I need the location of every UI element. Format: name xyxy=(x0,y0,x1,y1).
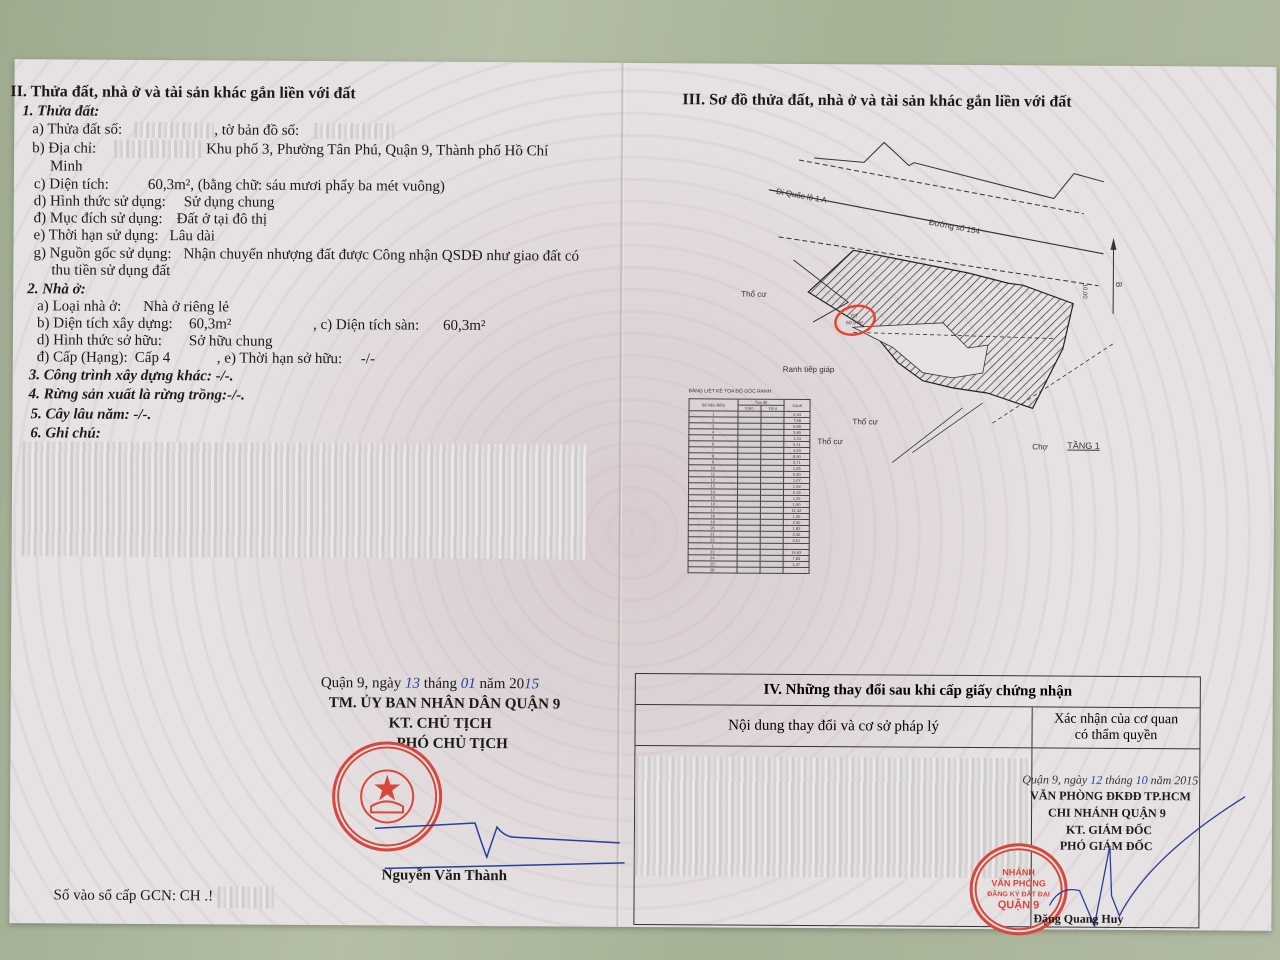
purpose-label: đ) Mục đích sử dụng: xyxy=(34,210,163,228)
confirm-signer: Đặng Quang Huy xyxy=(1033,911,1123,927)
issue-date: Quận 9, ngày 13 tháng 01 năm 2015 xyxy=(321,675,539,693)
origin-label: g) Nguồn gốc sử dụng: xyxy=(33,245,171,263)
coord-table: Số hiệu điểm Tọa độ Cạnh X(m) Y(m) 12,64… xyxy=(688,398,811,574)
address-value: Khu phố 3, Phường Tân Phú, Quận 9, Thành… xyxy=(206,141,548,160)
confirm-day: 12 xyxy=(1090,773,1102,787)
col2-line2: có thẩm quyền xyxy=(1075,728,1158,745)
purpose-value: Đất ở tại đô thị xyxy=(177,211,268,229)
house-type-label: a) Loại nhà ở: xyxy=(37,298,121,316)
svg-text:Chợ: Chợ xyxy=(1032,442,1048,451)
svg-text:B: B xyxy=(1114,282,1123,287)
house-heading: 2. Nhà ở: xyxy=(27,281,86,298)
stamp-line1: NHÁNH xyxy=(1002,867,1035,878)
perennial: 5. Cây lâu năm: -/-. xyxy=(30,406,151,424)
area-value: 60,3m², (bằng chữ: sáu mươi phẩy ba mét … xyxy=(148,177,445,196)
stamp-line2: VĂN PHÒNG xyxy=(991,878,1046,889)
floor-area-label: , c) Diện tích sàn: xyxy=(313,317,419,335)
svg-text:Đi Quốc lộ 1 A: Đi Quốc lộ 1 A xyxy=(775,187,828,205)
land-heading: 1. Thửa đất: xyxy=(22,103,99,120)
build-area-value: 60,3m² xyxy=(189,316,232,333)
area-label: c) Diện tích: xyxy=(34,176,109,193)
build-area-label: b) Diện tích xây dựng: xyxy=(37,315,173,333)
term-value: Lâu dài xyxy=(170,228,216,245)
use-form-value: Sử dụng chung xyxy=(184,194,275,212)
redacted-changes-content xyxy=(635,756,1031,878)
address-label: b) Địa chỉ: xyxy=(32,140,96,157)
point-id: 26 xyxy=(688,567,737,573)
month-label: tháng xyxy=(424,676,457,692)
redacted-x xyxy=(737,567,760,573)
notes-heading: 6. Ghi chú: xyxy=(30,425,101,442)
svg-text:Thổ cư: Thổ cư xyxy=(852,417,878,426)
changes-col2-header: Xác nhận của cơ quan có thẩm quyền xyxy=(1032,707,1199,748)
edge-length xyxy=(783,567,809,573)
own-term-label: , e) Thời hạn sở hữu: xyxy=(217,350,342,368)
date-month: 01 xyxy=(461,676,476,692)
address-value-cont: Minh xyxy=(50,158,83,175)
coord-row: 26 xyxy=(688,567,809,574)
col-edge: Cạnh xyxy=(784,399,810,411)
redacted-registry-number xyxy=(217,886,275,908)
svg-text:10,00: 10,00 xyxy=(1081,284,1087,300)
registry-number: Số vào sổ cấp GCN: CH .! xyxy=(53,887,213,905)
changes-col1-header: Nội dung thay đổi và cơ sở pháp lý xyxy=(635,705,1032,747)
section-ii-title: II. Thửa đất, nhà ở và tài sản khác gắn … xyxy=(10,83,355,103)
date-prefix: Quận 9, ngày xyxy=(321,675,402,691)
svg-text:Thổ cư: Thổ cư xyxy=(741,290,767,299)
floor-area-value: 60,3m² xyxy=(443,318,486,335)
grade-value: Cấp 4 xyxy=(135,350,171,367)
page-fold xyxy=(615,63,624,927)
other-construction: 3. Công trình xây dựng khác: -/-. xyxy=(29,367,234,385)
origin-value-cont: thu tiền sử dụng đất xyxy=(51,262,170,280)
grade-label: đ) Cấp (Hạng): xyxy=(37,349,128,367)
year-label: năm 20 xyxy=(480,676,525,692)
ownership-value: Sở hữu chung xyxy=(189,333,273,351)
svg-text:Đường số 154: Đường số 154 xyxy=(928,218,981,236)
redacted-map-sheet xyxy=(314,123,394,139)
section-iii-title: III. Sơ đồ thửa đất, nhà ở và tài sản kh… xyxy=(682,91,1071,111)
map-sheet-label: , tờ bản đồ số: xyxy=(214,122,299,140)
own-term-value: -/- xyxy=(361,351,375,368)
use-form-label: d) Hình thức sử dụng: xyxy=(34,193,166,211)
date-day: 13 xyxy=(405,676,420,692)
ownership-label: d) Hình thức sở hữu: xyxy=(37,332,162,350)
issuing-org: TM. ỦY BAN NHÂN DÂN QUẬN 9 xyxy=(329,695,561,713)
redacted-y xyxy=(760,567,783,573)
signer-role1: KT. CHỦ TỊCH xyxy=(389,715,492,733)
confirm-month: 10 xyxy=(1136,773,1148,787)
house-type-value: Nhà ở riêng lẻ xyxy=(143,299,229,317)
svg-text:TẦNG 1: TẦNG 1 xyxy=(1067,441,1100,451)
svg-text:DT: DT xyxy=(851,313,858,319)
forest: 4. Rừng sản xuất là rừng trồng:-/-. xyxy=(29,386,245,404)
stamp-line4: QUẬN 9 xyxy=(998,900,1040,911)
svg-text:Thổ cư: Thổ cư xyxy=(817,437,843,446)
land-certificate-document: II. Thửa đất, nhà ở và tài sản khác gắn … xyxy=(9,59,1276,931)
svg-text:Ranh tiếp giáp: Ranh tiếp giáp xyxy=(783,365,835,374)
svg-text:60,3 m²: 60,3 m² xyxy=(846,320,863,326)
changes-title: IV. Những thay đổi sau khi cấp giấy chứn… xyxy=(636,674,1200,707)
origin-value: Nhận chuyển nhượng đất được Công nhận QS… xyxy=(183,246,579,265)
parcel-no-label: a) Thửa đất số: xyxy=(32,121,122,139)
signer-name: Nguyễn Văn Thành xyxy=(382,867,507,885)
col2-line1: Xác nhận của cơ quan xyxy=(1054,712,1178,729)
coord-table-title: BẢNG LIỆT KÊ TỌA ĐỘ GÓC RANH xyxy=(689,388,772,395)
col-point: Số hiệu điểm xyxy=(689,399,738,411)
term-label: e) Thời hạn sử dụng: xyxy=(34,227,159,245)
redacted-notes xyxy=(22,441,588,559)
date-year: 15 xyxy=(524,676,539,692)
redacted-address-detail xyxy=(114,140,204,159)
redacted-parcel-no xyxy=(134,122,214,138)
